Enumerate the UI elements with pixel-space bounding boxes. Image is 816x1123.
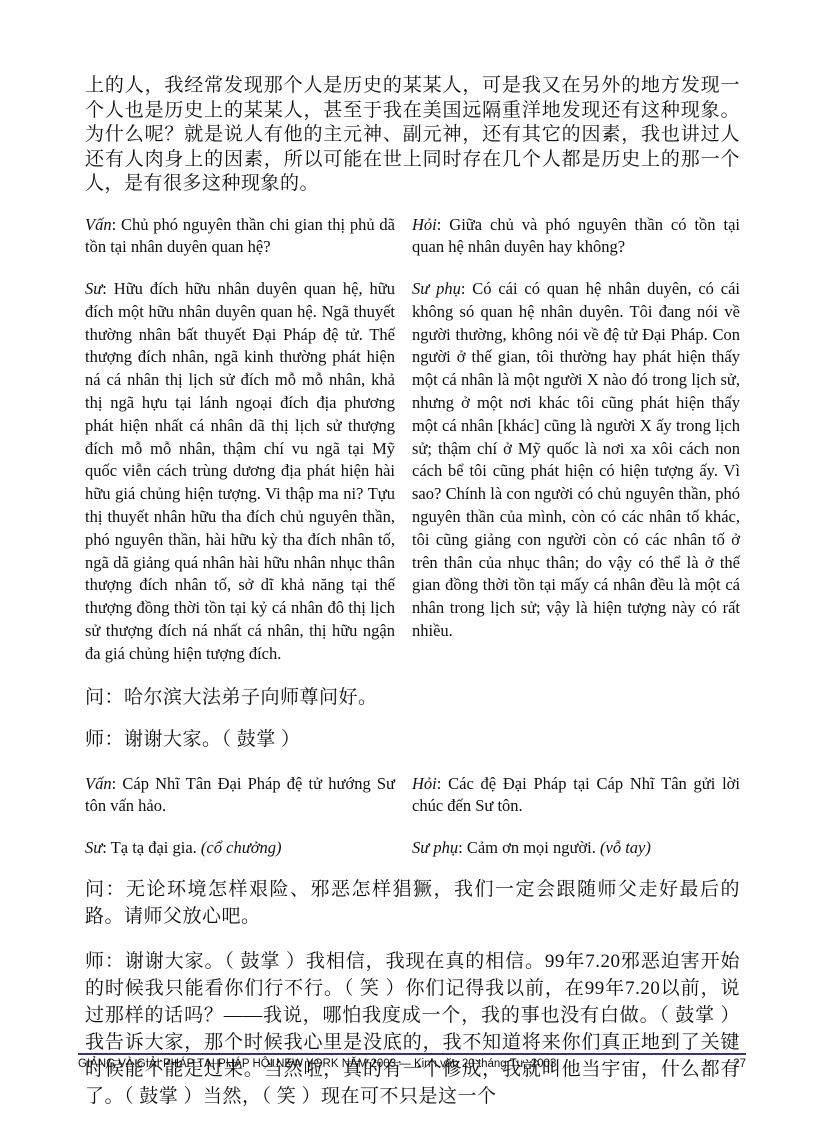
question-label: Vấn — [85, 774, 112, 793]
question-paragraph: Vấn: Chủ phó nguyên thần chi gian thị ph… — [85, 214, 395, 260]
question-text: : Cáp Nhĩ Tân Đại Pháp đệ tử hướng Sư tô… — [85, 774, 395, 816]
question-label: Hỏi — [412, 774, 437, 793]
chinese-question-2: 问：无论环境怎样艰险、邪恶怎样猖獗，我们一定会跟随师父走好最后的路。请师父放心吧… — [85, 876, 740, 930]
answer-text: : Có cái có quan hệ nhân duyên, có cái k… — [412, 279, 740, 640]
answer-label: Sư — [85, 279, 102, 298]
chinese-answer-1: 师：谢谢大家。（ 鼓掌 ） — [85, 728, 740, 753]
answer-paragraph: Sư: Tạ tạ đại gia. (cổ chưởng) — [85, 837, 395, 860]
question-text: : Chủ phó nguyên thần chi gian thị phủ d… — [85, 215, 395, 257]
qa-section-1: Vấn: Chủ phó nguyên thần chi gian thị ph… — [85, 214, 740, 666]
page-number: 27 — [733, 1058, 746, 1070]
question-label: Vấn — [85, 215, 112, 234]
answer-text: : Hữu đích hữu nhân duyên quan hệ, hữu đ… — [85, 279, 395, 663]
question-text: : Các đệ Đại Pháp tại Cáp Nhĩ Tân gửi lờ… — [412, 774, 740, 816]
answer-paragraph: Sư phụ: Cảm ơn mọi người. (vỗ tay) — [412, 837, 740, 860]
page-content: 上的人，我经常发现那个人是历史的某某人，可是我又在另外的地方发现一个人也是历史上… — [85, 0, 740, 1110]
question-text: : Giữa chủ và phó nguyên thần có tồn tại… — [412, 215, 740, 257]
answer-text: : Cảm ơn mọi người. — [458, 838, 600, 857]
footer-row: GIẢNG VÀ GIẢI PHÁP TẠI PHÁP HỘI NEW YORK… — [78, 1058, 746, 1070]
question-paragraph: Hỏi: Các đệ Đại Pháp tại Cáp Nhĩ Tân gửi… — [412, 773, 740, 819]
qa-section-2: Vấn: Cáp Nhĩ Tân Đại Pháp đệ tử hướng Sư… — [85, 773, 740, 860]
document-page: 上的人，我经常发现那个人是历史的某某人，可是我又在另外的地方发现一个人也是历史上… — [0, 0, 816, 1123]
answer-label: Sư phụ — [412, 838, 458, 857]
footer-title: GIẢNG VÀ GIẢI PHÁP TẠI PHÁP HỘI NEW YORK… — [78, 1058, 556, 1070]
qa2-column-vietnamese: Hỏi: Các đệ Đại Pháp tại Cáp Nhĩ Tân gửi… — [412, 773, 740, 860]
intro-paragraph-cn: 上的人，我经常发现那个人是历史的某某人，可是我又在另外的地方发现一个人也是历史上… — [85, 74, 740, 197]
answer-label: Sư — [85, 838, 102, 857]
qa2-column-sino-viet: Vấn: Cáp Nhĩ Tân Đại Pháp đệ tử hướng Sư… — [85, 773, 395, 860]
chinese-answer-2: 师：谢谢大家。（ 鼓掌 ）我相信，我现在真的相信。99年7.20邪恶迫害开始的时… — [85, 948, 740, 1110]
applause-note: (cổ chưởng) — [201, 838, 282, 857]
question-paragraph: Hỏi: Giữa chủ và phó nguyên thần có tồn … — [412, 214, 740, 260]
footer-rule — [78, 1053, 746, 1055]
question-label: Hỏi — [412, 215, 437, 234]
answer-label: Sư phụ — [412, 279, 461, 298]
qa1-column-vietnamese: Hỏi: Giữa chủ và phó nguyên thần có tồn … — [412, 214, 740, 666]
qa1-column-sino-viet: Vấn: Chủ phó nguyên thần chi gian thị ph… — [85, 214, 395, 666]
page-footer: GIẢNG VÀ GIẢI PHÁP TẠI PHÁP HỘI NEW YORK… — [78, 1053, 746, 1070]
answer-paragraph: Sư phụ: Có cái có quan hệ nhân duyên, có… — [412, 278, 740, 643]
answer-text: : Tạ tạ đại gia. — [102, 838, 201, 857]
applause-note: (vỗ tay) — [600, 838, 651, 857]
question-paragraph: Vấn: Cáp Nhĩ Tân Đại Pháp đệ tử hướng Sư… — [85, 773, 395, 819]
chinese-question-1: 问：哈尔滨大法弟子向师尊问好。 — [85, 686, 740, 711]
answer-paragraph: Sư: Hữu đích hữu nhân duyên quan hệ, hữu… — [85, 278, 395, 666]
